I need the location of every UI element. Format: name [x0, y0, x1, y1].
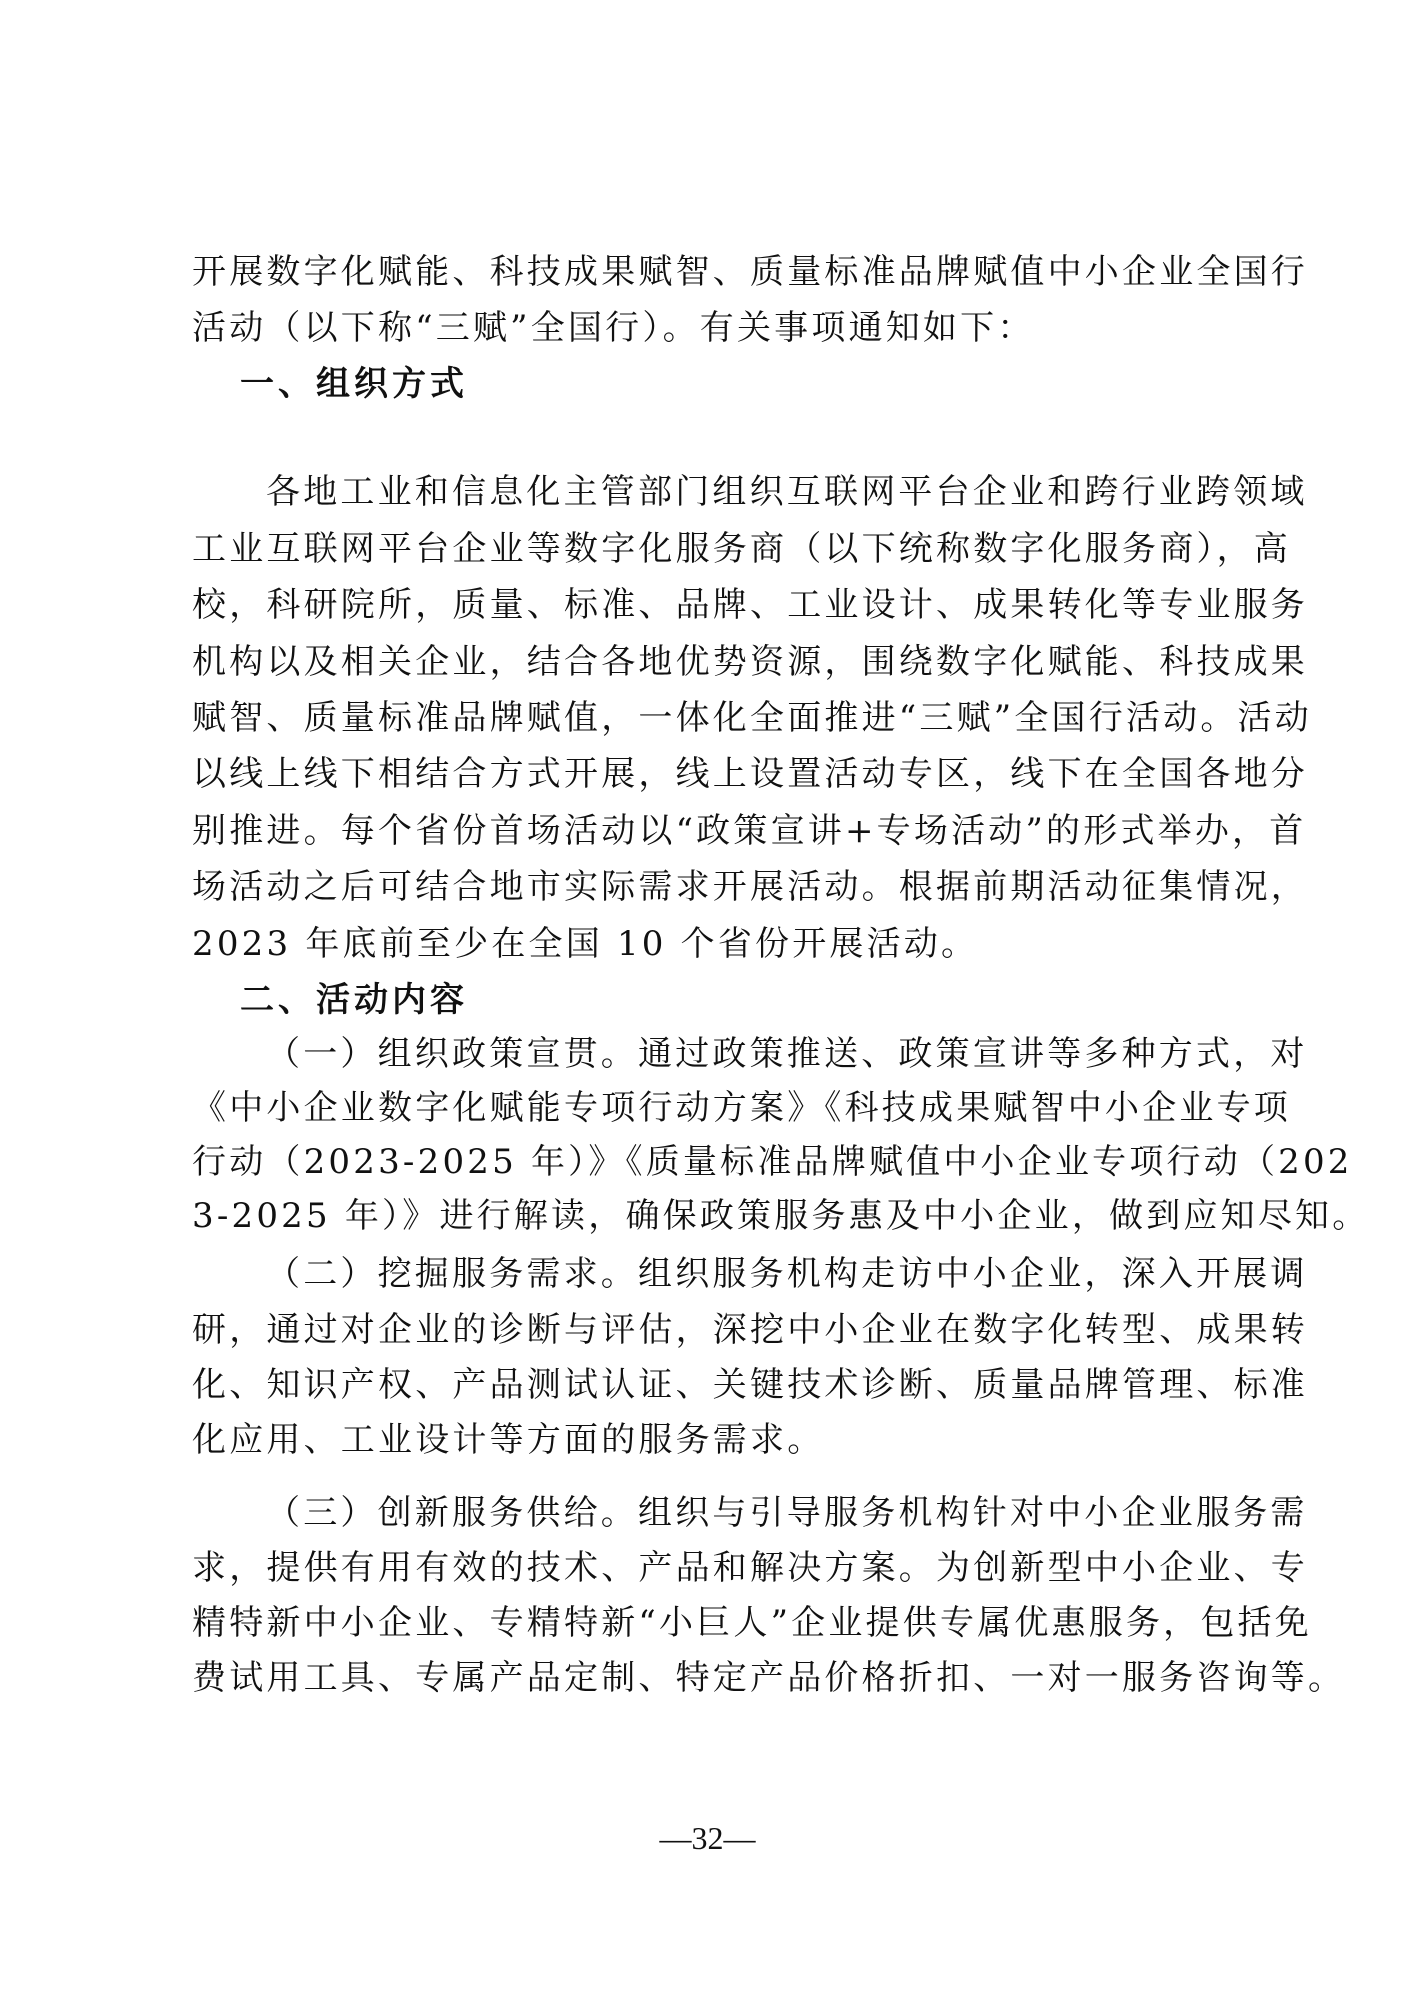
intro-line: 活动（以下称“三赋”全国行）。有关事项通知如下： [192, 308, 1238, 348]
item-line: 行动（2023-2025 年）》《质量标准品牌赋值中小企业专项行动（202 [192, 1142, 1238, 1182]
paragraph-line: 工业互联网平台企业等数字化服务商（以下统称数字化服务商），高 [192, 529, 1238, 569]
intro-line: 开展数字化赋能、科技成果赋智、质量标准品牌赋值中小企业全国行 [192, 252, 1238, 292]
paragraph-line: 以线上线下相结合方式开展，线上设置活动专区，线下在全国各地分 [192, 754, 1238, 794]
item-line: 求，提供有用有效的技术、产品和解决方案。为创新型中小企业、专 [192, 1548, 1238, 1588]
item-line: 化应用、工业设计等方面的服务需求。 [192, 1420, 1238, 1460]
item-line: 精特新中小企业、专精特新“小巨人”企业提供专属优惠服务，包括免 [192, 1603, 1238, 1643]
item-line: （二）挖掘服务需求。组织服务机构走访中小企业，深入开展调 [266, 1254, 1238, 1294]
paragraph-line: 校，科研院所，质量、标准、品牌、工业设计、成果转化等专业服务 [192, 585, 1238, 625]
paragraph-line: 各地工业和信息化主管部门组织互联网平台企业和跨行业跨领域 [266, 472, 1238, 512]
item-line: 3-2025 年）》进行解读，确保政策服务惠及中小企业，做到应知尽知。 [192, 1196, 1238, 1236]
item-line: 《中小企业数字化赋能专项行动方案》《科技成果赋智中小企业专项 [192, 1088, 1238, 1128]
paragraph-line: 机构以及相关企业，结合各地优势资源，围绕数字化赋能、科技成果 [192, 642, 1238, 682]
item-line: （一）组织政策宣贯。通过政策推送、政策宣讲等多种方式，对 [266, 1034, 1238, 1074]
section-heading-activity-content: 二、活动内容 [240, 980, 468, 1020]
item-line: （三）创新服务供给。组织与引导服务机构针对中小企业服务需 [266, 1493, 1238, 1533]
item-line: 化、知识产权、产品测试认证、关键技术诊断、质量品牌管理、标准 [192, 1365, 1238, 1405]
paragraph-line: 2023 年底前至少在全国 10 个省份开展活动。 [192, 924, 1238, 964]
page-number: —32— [0, 1818, 1415, 1858]
item-line: 研，通过对企业的诊断与评估，深挖中小企业在数字化转型、成果转 [192, 1310, 1238, 1350]
section-heading-organization: 一、组织方式 [240, 364, 468, 404]
paragraph-line: 赋智、质量标准品牌赋值，一体化全面推进“三赋”全国行活动。活动 [192, 698, 1238, 738]
document-page: 开展数字化赋能、科技成果赋智、质量标准品牌赋值中小企业全国行 活动（以下称“三赋… [0, 0, 1415, 2000]
item-line: 费试用工具、专属产品定制、特定产品价格折扣、一对一服务咨询等。 [192, 1658, 1238, 1698]
paragraph-line: 别推进。每个省份首场活动以“政策宣讲+专场活动”的形式举办，首 [192, 811, 1238, 851]
paragraph-line: 场活动之后可结合地市实际需求开展活动。根据前期活动征集情况， [192, 867, 1238, 907]
